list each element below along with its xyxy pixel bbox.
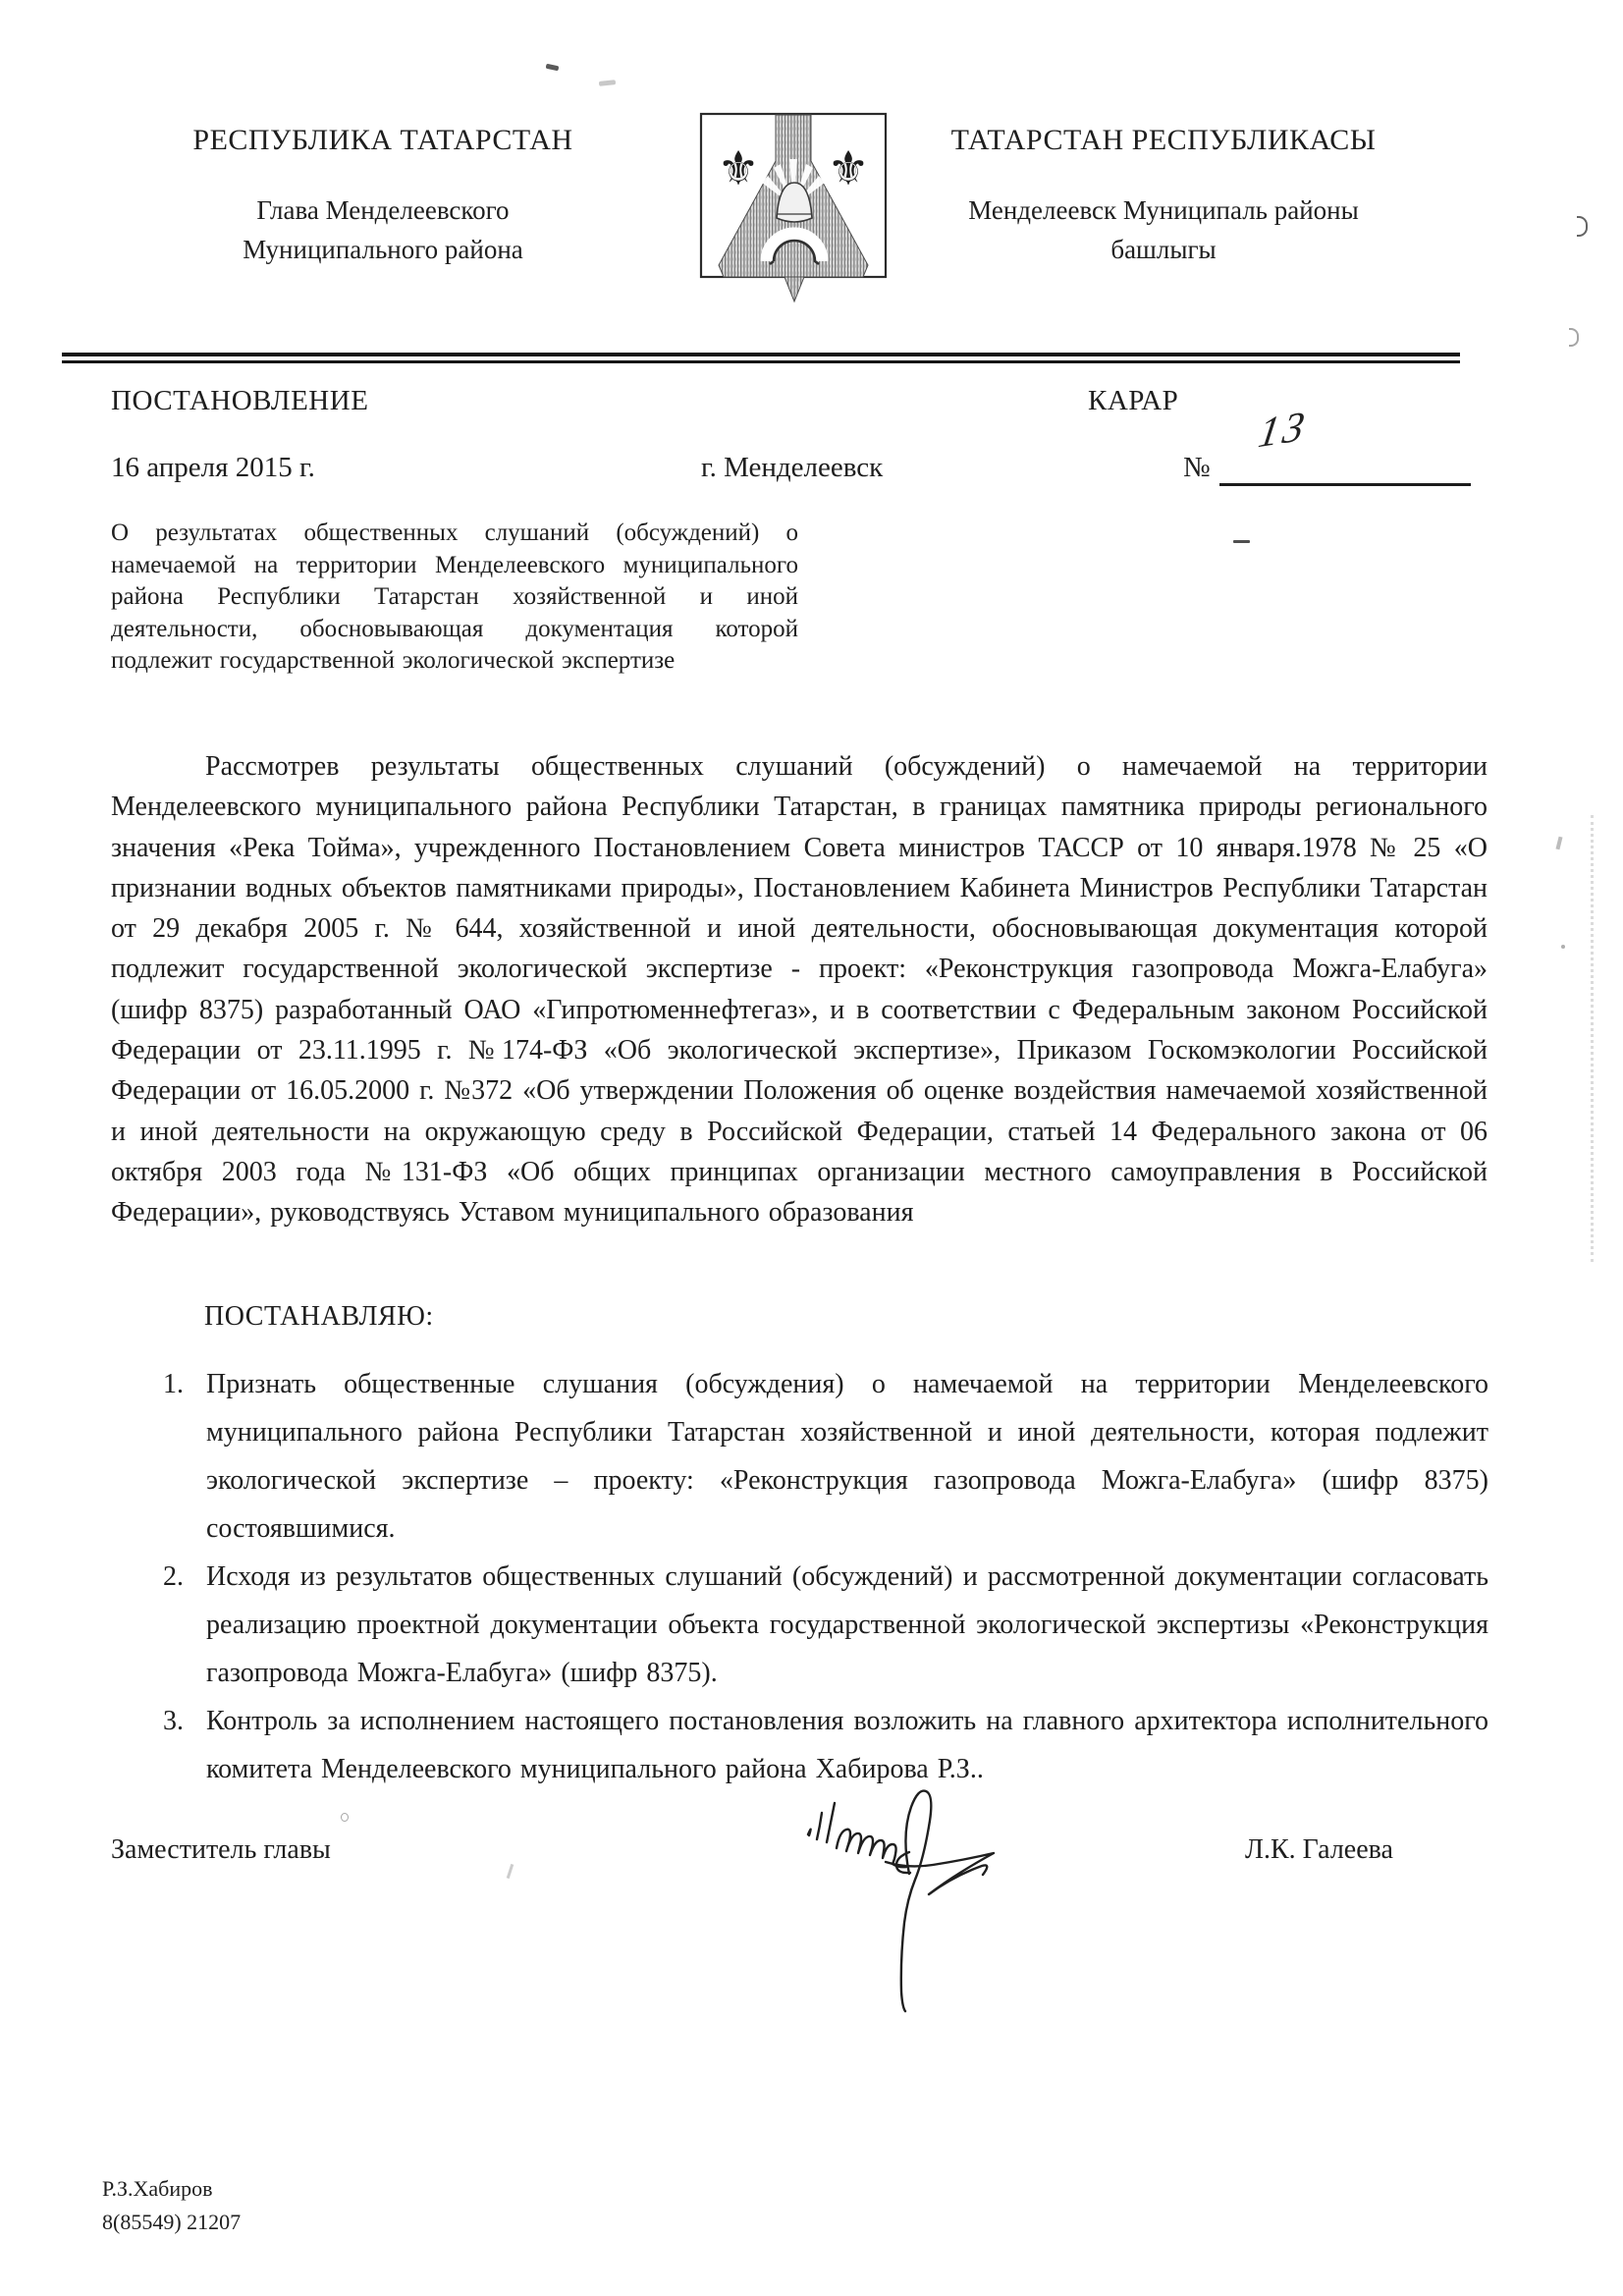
doc-number-underline — [1219, 483, 1471, 486]
executor-name: Р.З.Хабиров — [102, 2172, 241, 2206]
doc-type-ru: ПОСТАНОВЛЕНИЕ — [111, 385, 368, 417]
scan-artifact — [1233, 540, 1250, 543]
scan-artifact — [546, 64, 560, 72]
resolve-heading: ПОСТАНАВЛЯЮ: — [204, 1301, 434, 1333]
letterhead-left: РЕСПУБЛИКА ТАТАРСТАН Глава Менделеевског… — [88, 124, 677, 269]
doc-date: 16 апреля 2015 г. — [111, 452, 315, 484]
issuer-line1-ru: Глава Менделеевского — [88, 191, 677, 230]
fleur-de-lis-icon: ⚜ — [717, 141, 759, 196]
coat-of-arms: ⚜ ⚜ — [699, 112, 890, 308]
issuer-line2-tat: башлыгы — [869, 230, 1458, 269]
header-divider — [62, 353, 1460, 363]
shield-tail — [784, 277, 804, 301]
footer-executor: Р.З.Хабиров 8(85549) 21207 — [102, 2172, 241, 2239]
scan-artifact — [1569, 328, 1579, 347]
scan-artifact — [507, 1864, 514, 1879]
resolution-list: Признать общественные слушания (обсужден… — [163, 1360, 1488, 1793]
doc-type-tat: КАРАР — [1088, 385, 1178, 417]
doc-place: г. Менделеевск — [701, 452, 883, 484]
fleur-de-lis-icon: ⚜ — [827, 141, 869, 196]
scan-artifact — [1577, 216, 1588, 237]
document-page: РЕСПУБЛИКА ТАТАРСТАН Глава Менделеевског… — [0, 0, 1623, 2296]
preamble-paragraph: Рассмотрев результаты общественных слуша… — [111, 746, 1488, 1233]
doc-number-handwritten: 13 — [1255, 402, 1311, 459]
letterhead-right: ТАТАРСТАН РЕСПУБЛИКАСЫ Менделеевск Муниц… — [869, 124, 1458, 269]
doc-number-label: № — [1183, 452, 1211, 484]
scan-artifact — [341, 1813, 349, 1822]
executor-phone: 8(85549) 21207 — [102, 2206, 241, 2239]
subject-annotation: О результатах общественных слушаний (обс… — [111, 518, 798, 678]
republic-title-tat: ТАТАРСТАН РЕСПУБЛИКАСЫ — [869, 124, 1458, 157]
signer-name: Л.К. Галеева — [1245, 1834, 1393, 1866]
resolution-item-2: Исходя из результатов общественных слуша… — [163, 1553, 1488, 1697]
issuer-line2-ru: Муниципального района — [88, 230, 677, 269]
republic-title-ru: РЕСПУБЛИКА ТАТАРСТАН — [88, 124, 677, 157]
signer-position-title: Заместитель главы — [111, 1834, 331, 1866]
handwritten-signature — [766, 1758, 1060, 2072]
scan-artifact — [1561, 945, 1565, 949]
resolution-item-1: Признать общественные слушания (обсужден… — [163, 1360, 1488, 1553]
scan-artifact — [1591, 815, 1594, 1262]
issuer-line1-tat: Менделеевск Муниципаль районы — [869, 191, 1458, 230]
scan-artifact — [1555, 837, 1562, 850]
scan-artifact — [599, 80, 616, 86]
